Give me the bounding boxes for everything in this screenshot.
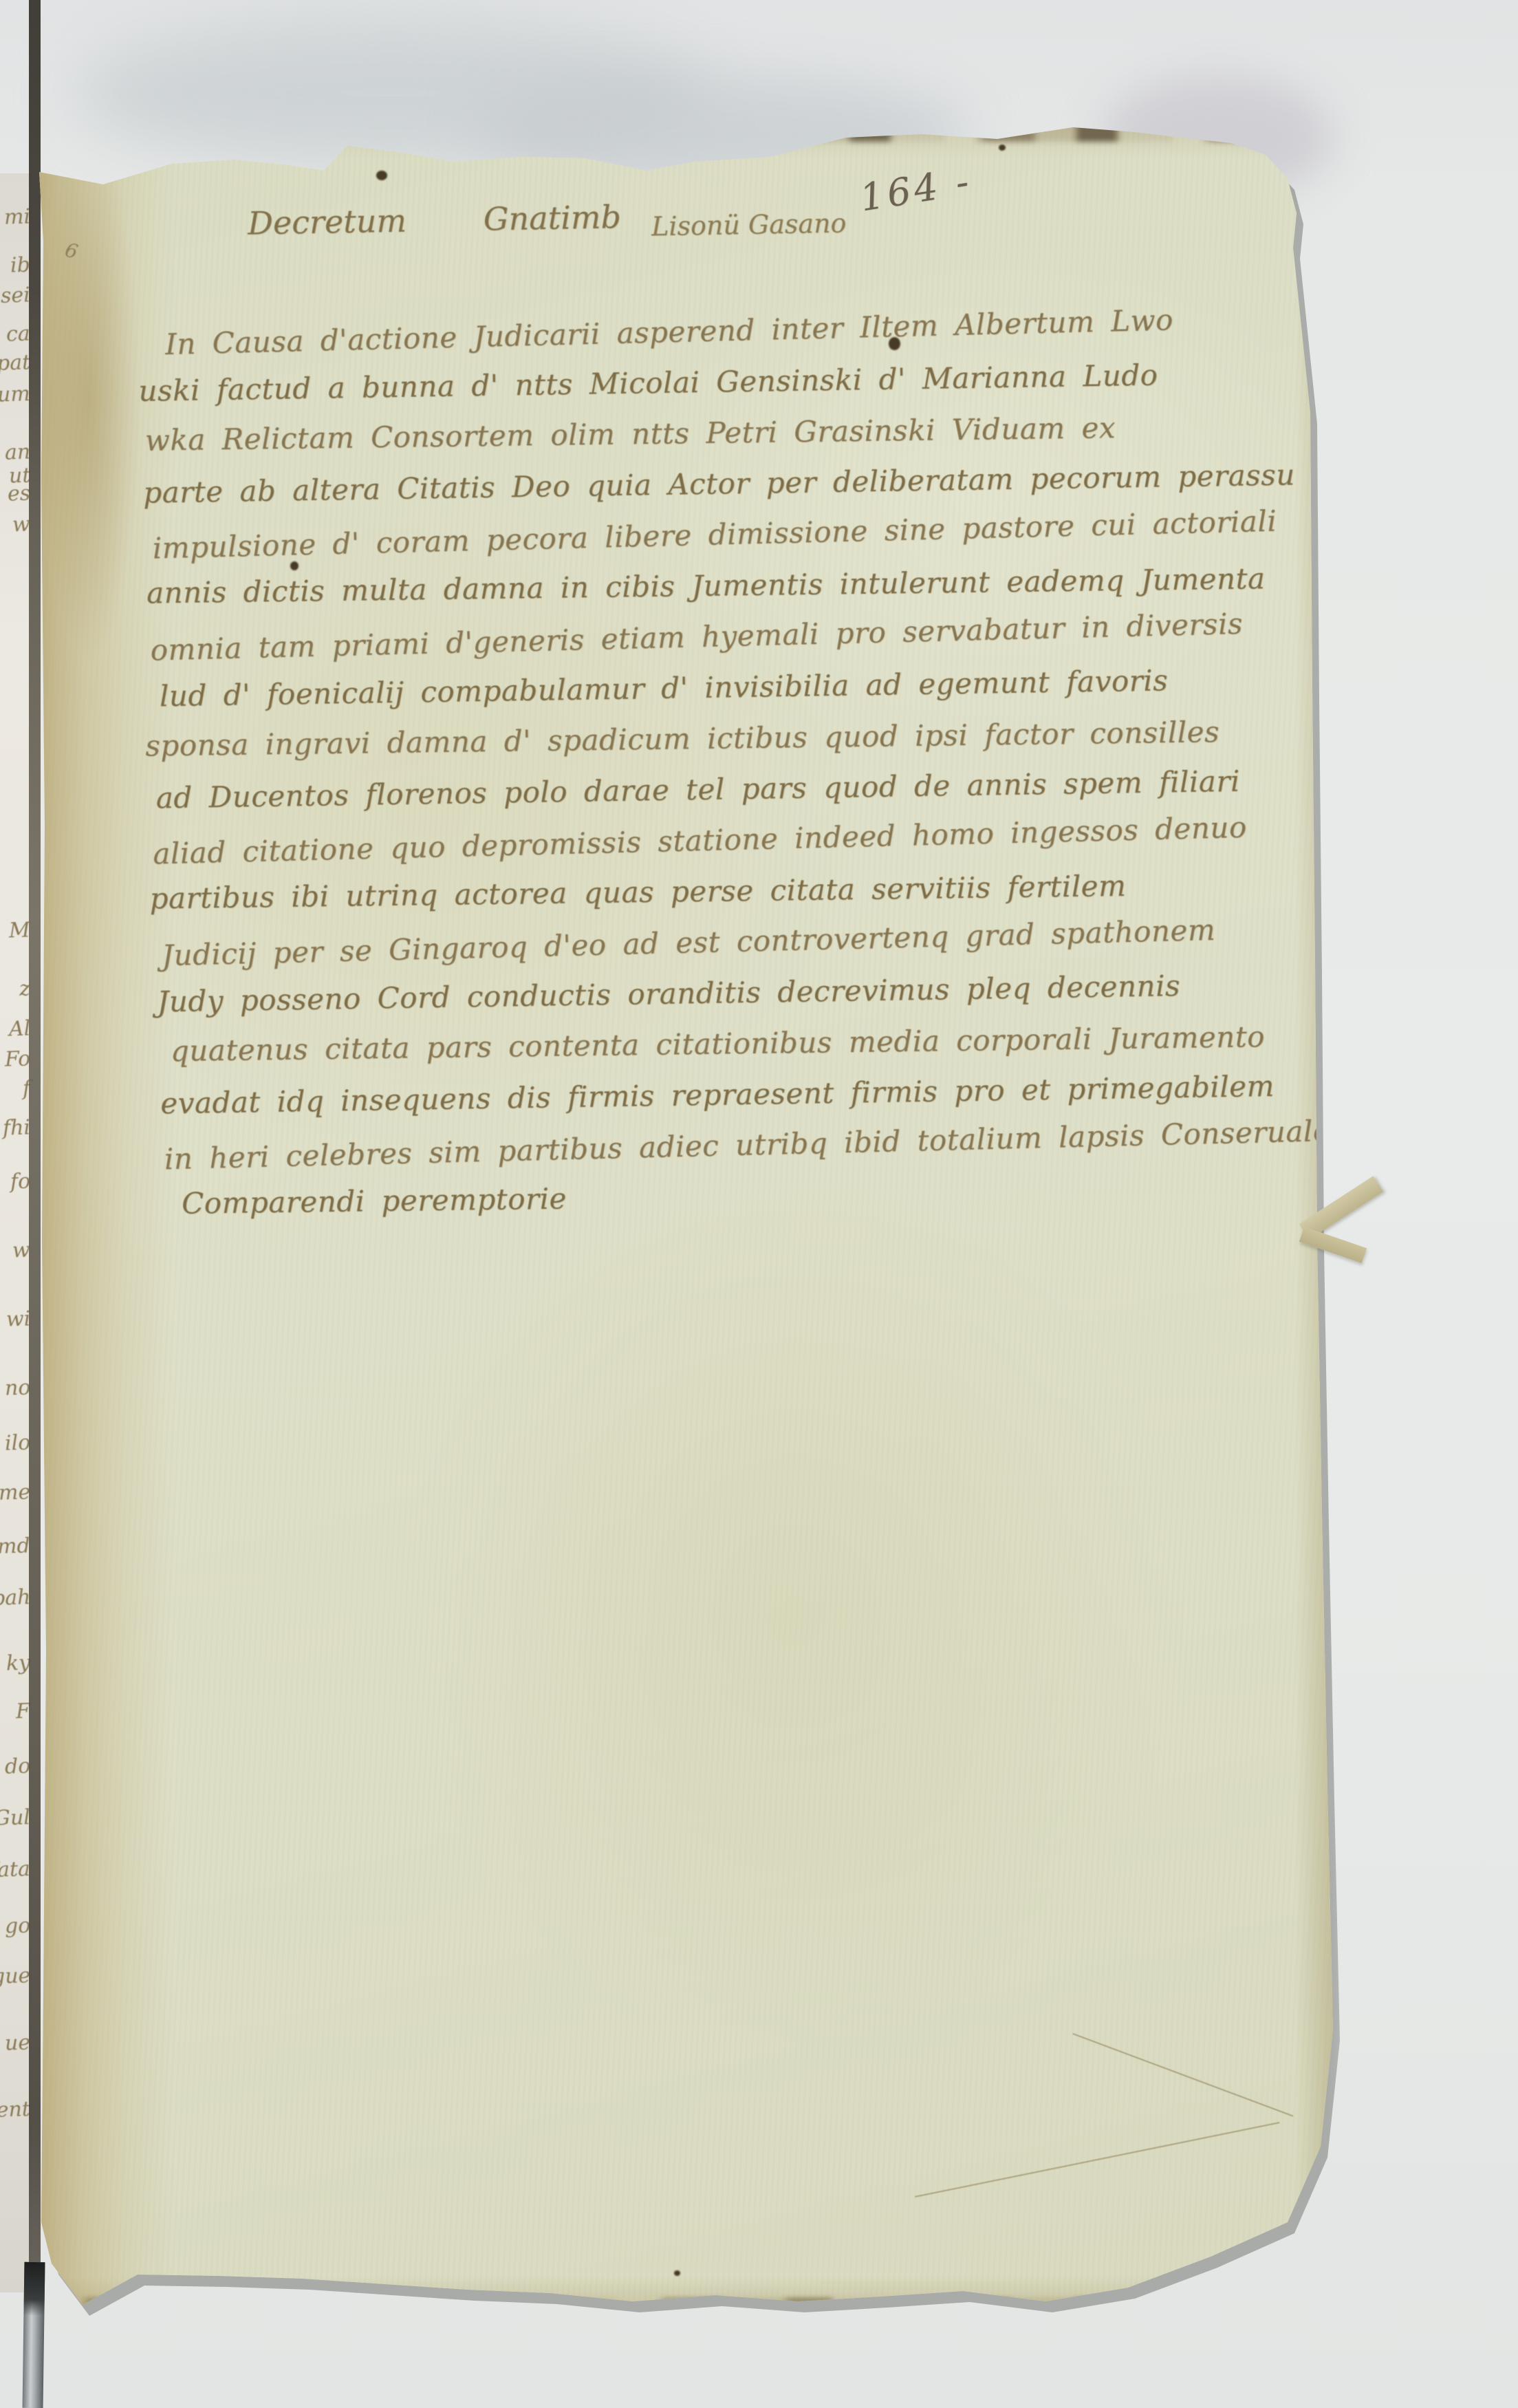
underpage-text-fragment: Fo	[4, 1046, 30, 1071]
underpage-text-fragment: fo	[10, 1170, 30, 1194]
underlying-page-edge: mi ib sei ca pat tum an ut es w M z Al F…	[0, 173, 32, 2292]
underpage-text-fragment: gue	[0, 1964, 31, 1989]
manuscript-scan: mi ib sei ca pat tum an ut es w M z Al F…	[0, 0, 1518, 2408]
underpage-text-fragment: no cent	[0, 2097, 31, 2124]
underpage-text-fragment: pat	[0, 350, 31, 376]
underpage-text-fragment: Al	[8, 1016, 30, 1041]
title-word: Decretum	[248, 202, 407, 242]
underpage-text-fragment: do	[4, 1754, 30, 1778]
underpage-text-fragment: Gul	[0, 1805, 31, 1831]
top-edge-fade	[38, 96, 1343, 179]
underpage-text-fragment: es	[7, 481, 30, 506]
book-clamp-rod-shadow	[23, 2262, 45, 2316]
underpage-text-fragment: md	[0, 1534, 31, 1559]
underpage-text-fragment: no	[4, 1375, 31, 1400]
underpage-text-fragment: fata	[0, 1857, 31, 1882]
underpage-text-fragment: tum	[0, 382, 31, 407]
ink-speck	[376, 171, 387, 180]
underpage-text-fragment: me	[0, 1480, 31, 1505]
title-word: Lisonü Gasano	[651, 208, 847, 241]
page-sheet: 164 - 6 DecretumGnatimbLisonü Gasano In …	[38, 96, 1343, 2329]
underpage-text-fragment: sei	[1, 283, 31, 308]
underpage-text-fragment: mi	[3, 204, 30, 229]
underpage-text-fragment: fhi	[2, 1115, 30, 1140]
underpage-text-fragment: w	[12, 1238, 31, 1263]
underpage-text-fragment: pah	[0, 1585, 31, 1611]
title-word: Gnatimb	[483, 198, 621, 237]
top-edge-tan	[38, 96, 1343, 117]
ink-speck	[999, 144, 1006, 151]
underpage-text-fragment: go	[4, 1913, 30, 1938]
ink-speck	[674, 2270, 680, 2276]
underpage-text-fragment: w	[12, 513, 31, 537]
manuscript-page: 164 - 6 DecretumGnatimbLisonü Gasano In …	[38, 96, 1343, 2329]
book-clamp-rod	[23, 2262, 45, 2408]
underpage-text-fragment: ue	[4, 2030, 30, 2055]
underpage-text-fragment: ilo	[4, 1430, 30, 1455]
underpage-text-fragment: an	[4, 440, 30, 464]
body-text: In Causa d'actione Judicarii asperend in…	[137, 296, 1268, 1234]
underpage-text-fragment: wi	[6, 1307, 30, 1331]
gutter-stain-top	[38, 138, 141, 660]
underpage-text-fragment: M	[9, 918, 31, 943]
underpage-text-fragment: ib	[10, 253, 31, 278]
underpage-text-fragment: ky	[6, 1651, 30, 1675]
underpage-text-fragment: ca	[6, 321, 31, 346]
